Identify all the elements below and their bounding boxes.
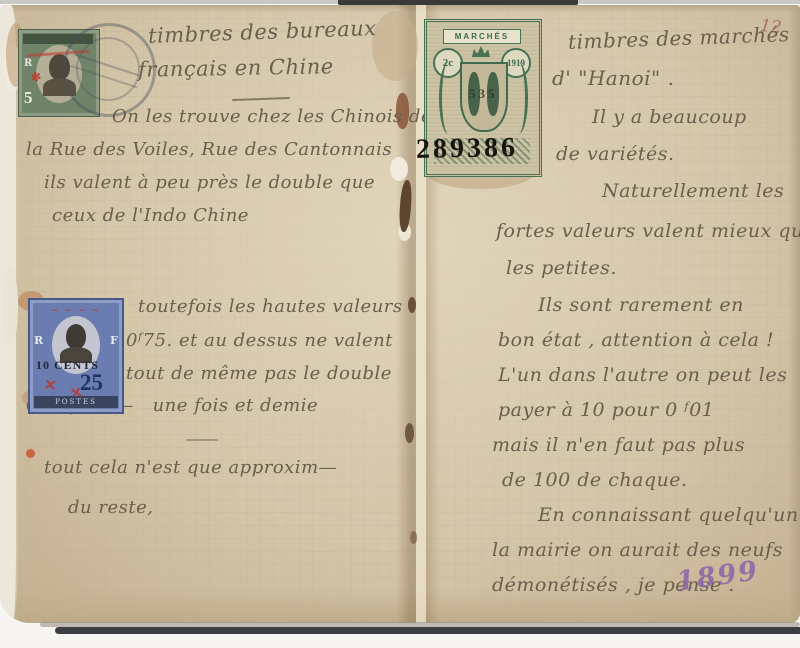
age-stain — [26, 449, 35, 458]
handwritten-line: tout de même pas le double — [126, 363, 392, 384]
handwritten-line: Naturellement les — [602, 180, 784, 202]
wreath-branch-left — [439, 62, 458, 134]
stamp-red-x: ✕ — [43, 375, 58, 395]
stamp-letter-f: F — [110, 334, 118, 347]
control-number: 535 — [469, 86, 498, 102]
handwritten-line: d' "Hanoi" . — [552, 66, 674, 90]
separator-dash — [186, 439, 218, 441]
handwritten-line: 0ᶠ75. et au dessus ne valent — [126, 330, 393, 351]
handwritten-line: tout cela n'est que approxim— — [44, 457, 337, 478]
handwritten-line: En connaissant quelqu'un à — [538, 504, 800, 526]
handwritten-line: la Rue des Voiles, Rue des Cantonnais — [26, 139, 392, 160]
stamp-portrait-head — [66, 324, 86, 349]
handwritten-line: les petites. — [506, 257, 617, 279]
handwritten-line: Il y a beaucoup — [592, 106, 747, 128]
title-underline — [232, 97, 290, 101]
stamp-letter-r: R — [24, 58, 32, 69]
handwritten-line: Ils sont rarement en — [538, 294, 744, 316]
handwritten-line: de variétés. — [556, 143, 675, 165]
gutter-tear — [410, 531, 417, 544]
indochina-blue-stamp: ~ ~ ~ ~ R F 10 CENTS 25 ✕ ✕ POSTES — [28, 298, 124, 414]
stamp-red-arc-text: ~ ~ ~ ~ — [42, 305, 110, 315]
handwritten-line: français en Chine — [138, 54, 334, 81]
handwritten-line: On les trouve chez les Chinois de — [112, 106, 432, 127]
gutter-tear — [405, 423, 414, 443]
crown-icon — [472, 46, 490, 57]
paper-right-shade — [788, 5, 800, 623]
stamp-postes-band: POSTES — [34, 396, 118, 408]
gutter-tear — [408, 297, 416, 313]
stamp-letter-r: R — [34, 334, 43, 347]
stamp-surcharge-25: 25 — [80, 370, 103, 396]
age-stain — [372, 11, 418, 81]
torn-edge-chip — [2, 267, 18, 347]
page-bottom-edge — [55, 627, 800, 634]
notebook-spread: R 5 ✻ timbres des bureaux français en Ch… — [0, 5, 800, 623]
handwritten-line: L'un dans l'autre on peut les — [498, 364, 787, 386]
paper-chip — [390, 157, 408, 181]
marches-banner: MARCHÉS — [443, 29, 521, 44]
handwritten-line: mais il n'en faut pas plus — [492, 434, 745, 456]
handwritten-line: ils valent à peu près le double que — [44, 172, 375, 193]
handwritten-line: toutefois les hautes valeurs — [138, 296, 403, 317]
handwritten-line: payer à 10 pour 0 ᶠ01 — [498, 399, 714, 421]
handwritten-line: de 100 de chaque. — [502, 469, 688, 491]
wreath-branch-right — [509, 62, 528, 134]
serial-number: 289386 — [416, 132, 519, 166]
stamp-value-5: 5 — [24, 88, 33, 108]
handwritten-line: timbres des marchés — [568, 22, 790, 54]
coat-of-arms-shield: 535 — [460, 62, 508, 132]
handwritten-line: du reste, — [68, 497, 153, 518]
handwritten-line: fortes valeurs valent mieux que — [496, 220, 800, 242]
handwritten-line: timbres des bureaux — [148, 16, 377, 48]
handwritten-line: ceux de l'Indo Chine — [52, 205, 249, 226]
handwritten-line: bon état , attention à cela ! — [498, 329, 774, 351]
